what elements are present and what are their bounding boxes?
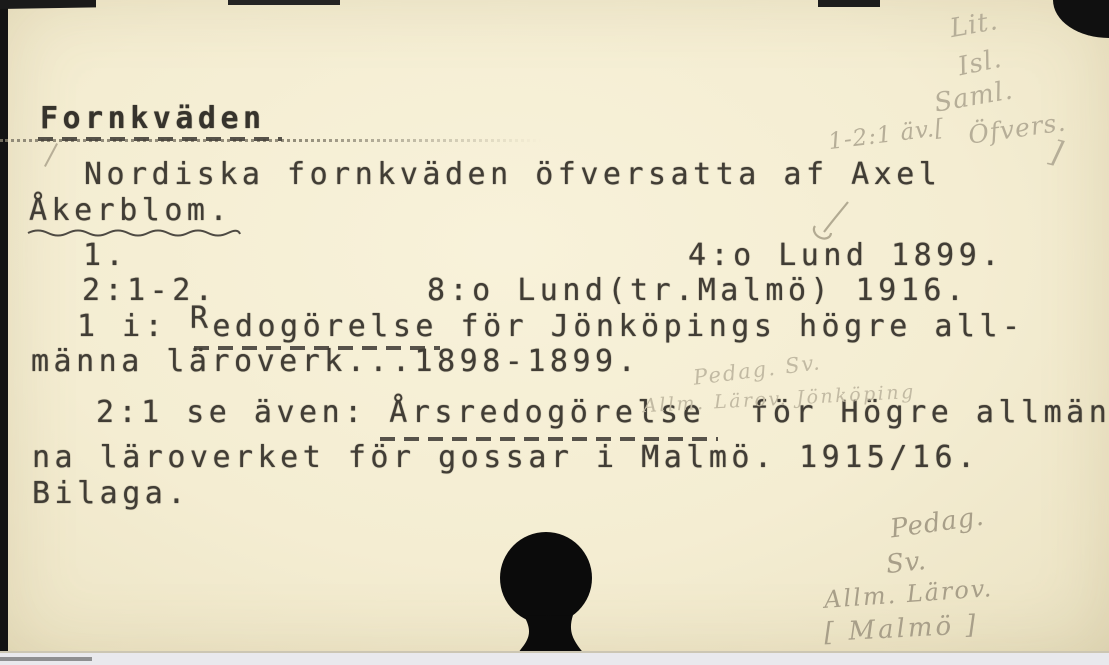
pencil-squiggle (802, 198, 858, 248)
scan-edge-left (0, 0, 8, 652)
scanned-catalog-card-page: Fornkväden Nordiska fornkväden öfversatt… (0, 0, 1109, 665)
scan-artifact (0, 657, 92, 661)
scan-edge-top-segment (228, 0, 340, 5)
body-line-author: Åkerblom. (29, 196, 232, 226)
wavy-underline (26, 227, 242, 239)
body-line: na läroverket för gossar i Malmö. 1915/1… (32, 443, 980, 473)
raised-letter: R (190, 301, 213, 336)
body-line-see-also: 2:1 se även: Årsredogörelse för Högre al… (96, 398, 1109, 428)
heading-underline (38, 137, 282, 141)
reference-rest: edogörelse för Jönköpings högre all- (212, 309, 1024, 344)
pencil-note-subject: Sv. (885, 548, 928, 578)
body-line-volume: 1. (83, 241, 128, 271)
scan-background-strip (0, 651, 1109, 665)
card-heading: Fornkväden (40, 104, 266, 134)
pencil-note-classification: Lit. (948, 8, 1000, 42)
hole-punch (480, 518, 620, 665)
body-line-reference: 1 i: Redogörelse för Jönköpings högre al… (77, 312, 1025, 342)
reference-prefix: 1 i: (77, 309, 190, 344)
scan-edge-top-segment (818, 0, 880, 7)
body-line: männa läroverk...1898-1899. (31, 347, 640, 377)
body-line-imprint: 8:o Lund(tr.Malmö) 1916. (427, 276, 968, 306)
body-line: Nordiska fornkväden öfversatta af Axel (84, 160, 941, 190)
body-line: Bilaga. (32, 479, 190, 509)
pencil-note-location: [ Malmö ] (823, 612, 979, 646)
